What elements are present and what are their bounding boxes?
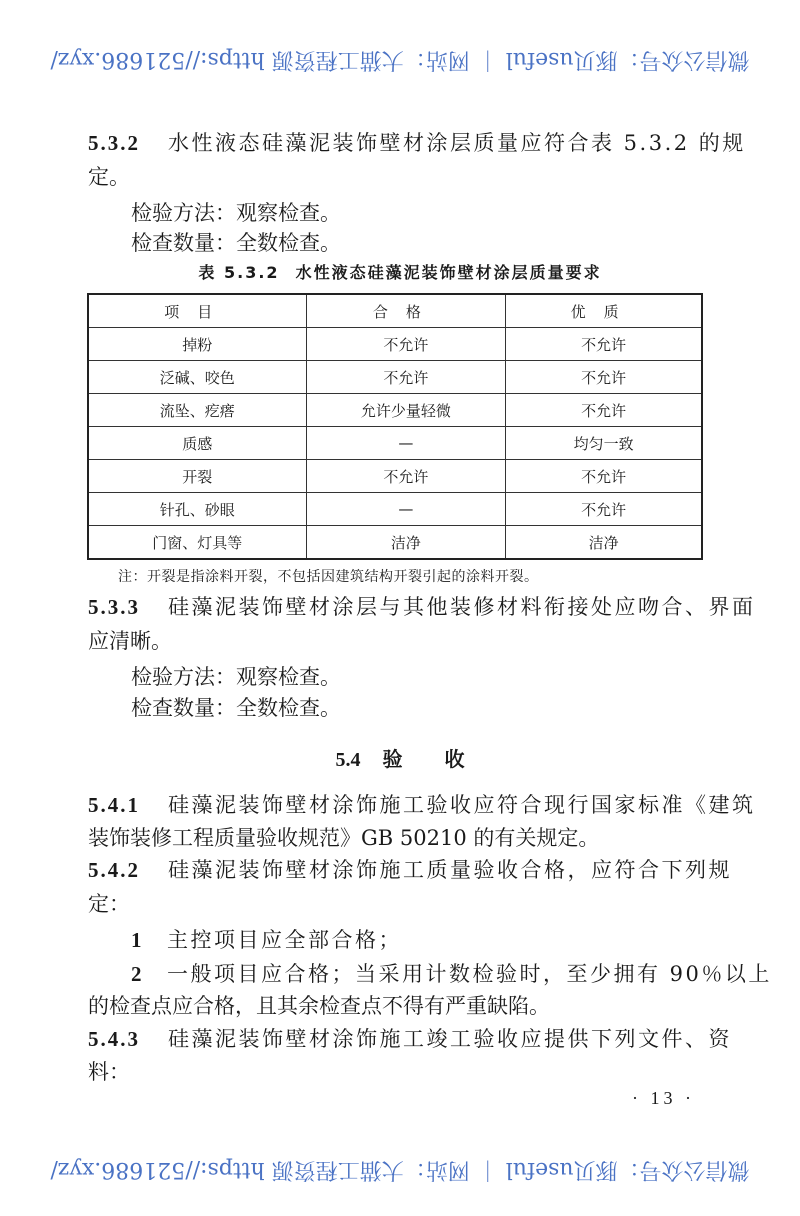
cell-item: 针孔、砂眼 [88, 493, 306, 526]
cell-superior: 不允许 [506, 394, 702, 427]
table-row: 门窗、灯具等 洁净 洁净 [88, 526, 702, 560]
cell-superior: 均匀一致 [506, 427, 702, 460]
page-number: · 13 · [632, 1088, 695, 1109]
clause-number: 5.4.2 [88, 857, 168, 883]
header-item: 项目 [88, 294, 306, 328]
cell-qualified: 不允许 [306, 328, 506, 361]
cell-superior: 洁净 [506, 526, 702, 560]
section-number: 5.4 [336, 749, 361, 771]
clause-5-3-3: 5.3.3硅藻泥装饰壁材涂层与其他装修材料衔接处应吻合、界面 [88, 594, 756, 620]
section-heading: 5.4验收 [0, 743, 800, 772]
clause-number: 5.3.3 [88, 594, 168, 620]
clause-5-3-2: 5.3.2水性液态硅藻泥装饰壁材涂层质量应符合表 5.3.2 的规 [88, 130, 746, 156]
table-header-row: 项目 合格 优质 [88, 294, 702, 328]
clause-text: 硅藻泥装饰壁材涂饰施工验收应符合现行国家标准《建筑 [168, 793, 756, 817]
cell-qualified: — [306, 493, 506, 526]
item-number: 2 [131, 961, 167, 987]
table-caption: 表 5.3.2水性液态硅藻泥装饰壁材涂层质量要求 [0, 260, 800, 283]
item-text: 主控项目应全部合格； [167, 928, 402, 952]
cell-superior: 不允许 [506, 328, 702, 361]
clause-5-4-1: 5.4.1硅藻泥装饰壁材涂饰施工验收应符合现行国家标准《建筑 [88, 792, 756, 818]
table-row: 针孔、砂眼 — 不允许 [88, 493, 702, 526]
cell-item: 开裂 [88, 460, 306, 493]
clause-5-4-1-cont: 装饰装修工程质量验收规范》GB 50210 的有关规定。 [88, 825, 599, 851]
clause-text: 水性液态硅藻泥装饰壁材涂层质量应符合表 5.3.2 的规 [168, 131, 746, 155]
cell-qualified: 不允许 [306, 361, 506, 394]
table-row: 流坠、疙瘩 允许少量轻微 不允许 [88, 394, 702, 427]
table-row: 掉粉 不允许 不允许 [88, 328, 702, 361]
header-superior: 优质 [506, 294, 702, 328]
inspection-method: 检验方法：观察检查。 [131, 664, 341, 690]
item-number: 1 [131, 927, 167, 953]
clause-text: 硅藻泥装饰壁材涂饰施工竣工验收应提供下列文件、资 [168, 1027, 732, 1051]
inspection-method: 检验方法：观察检查。 [131, 200, 341, 226]
clause-number: 5.3.2 [88, 130, 168, 156]
table-caption-number: 表 5.3.2 [198, 263, 279, 282]
clause-5-4-3-cont: 料： [88, 1059, 130, 1085]
table-note: 注：开裂是指涂料开裂，不包括因建筑结构开裂引起的涂料开裂。 [118, 566, 539, 586]
table-row: 开裂 不允许 不允许 [88, 460, 702, 493]
clause-5-3-3-cont: 应清晰。 [88, 628, 172, 654]
watermark-bottom: 微信公众号：豚贝useful ｜ 网站：大猫工程资源 https://52168… [0, 1156, 800, 1187]
item-text: 一般项目应合格；当采用计数检验时，至少拥有 90％以上 [167, 962, 772, 986]
clause-5-4-2-cont: 定： [88, 891, 130, 917]
cell-superior: 不允许 [506, 493, 702, 526]
clause-text: 硅藻泥装饰壁材涂层与其他装修材料衔接处应吻合、界面 [168, 595, 756, 619]
cell-item: 掉粉 [88, 328, 306, 361]
cell-qualified: 允许少量轻微 [306, 394, 506, 427]
cell-item: 质感 [88, 427, 306, 460]
cell-superior: 不允许 [506, 460, 702, 493]
inspection-quantity: 检查数量：全数检查。 [131, 695, 341, 721]
cell-item: 门窗、灯具等 [88, 526, 306, 560]
table-row: 泛碱、咬色 不允许 不允许 [88, 361, 702, 394]
table-caption-title: 水性液态硅藻泥装饰壁材涂层质量要求 [296, 263, 602, 282]
list-item: 1主控项目应全部合格； [131, 927, 402, 953]
clause-number: 5.4.1 [88, 792, 168, 818]
cell-qualified: — [306, 427, 506, 460]
clause-number: 5.4.3 [88, 1026, 168, 1052]
inspection-quantity: 检查数量：全数检查。 [131, 230, 341, 256]
clause-5-4-3: 5.4.3硅藻泥装饰壁材涂饰施工竣工验收应提供下列文件、资 [88, 1026, 732, 1052]
list-item-cont: 的检查点应合格，且其余检查点不得有严重缺陷。 [88, 993, 550, 1019]
section-title: 验收 [383, 747, 507, 771]
table-row: 质感 — 均匀一致 [88, 427, 702, 460]
clause-text: 硅藻泥装饰壁材涂饰施工质量验收合格，应符合下列规 [168, 858, 732, 882]
cell-qualified: 不允许 [306, 460, 506, 493]
cell-item: 泛碱、咬色 [88, 361, 306, 394]
header-qualified: 合格 [306, 294, 506, 328]
cell-qualified: 洁净 [306, 526, 506, 560]
list-item: 2一般项目应合格；当采用计数检验时，至少拥有 90％以上 [131, 961, 772, 987]
cell-superior: 不允许 [506, 361, 702, 394]
cell-item: 流坠、疙瘩 [88, 394, 306, 427]
watermark-top: 微信公众号：豚贝useful ｜ 网站：大猫工程资源 https://52168… [0, 46, 800, 77]
clause-5-3-2-cont: 定。 [88, 164, 130, 190]
clause-5-4-2: 5.4.2硅藻泥装饰壁材涂饰施工质量验收合格，应符合下列规 [88, 857, 732, 883]
quality-requirements-table: 项目 合格 优质 掉粉 不允许 不允许 泛碱、咬色 不允许 不允许 流坠、疙瘩 … [87, 293, 703, 560]
